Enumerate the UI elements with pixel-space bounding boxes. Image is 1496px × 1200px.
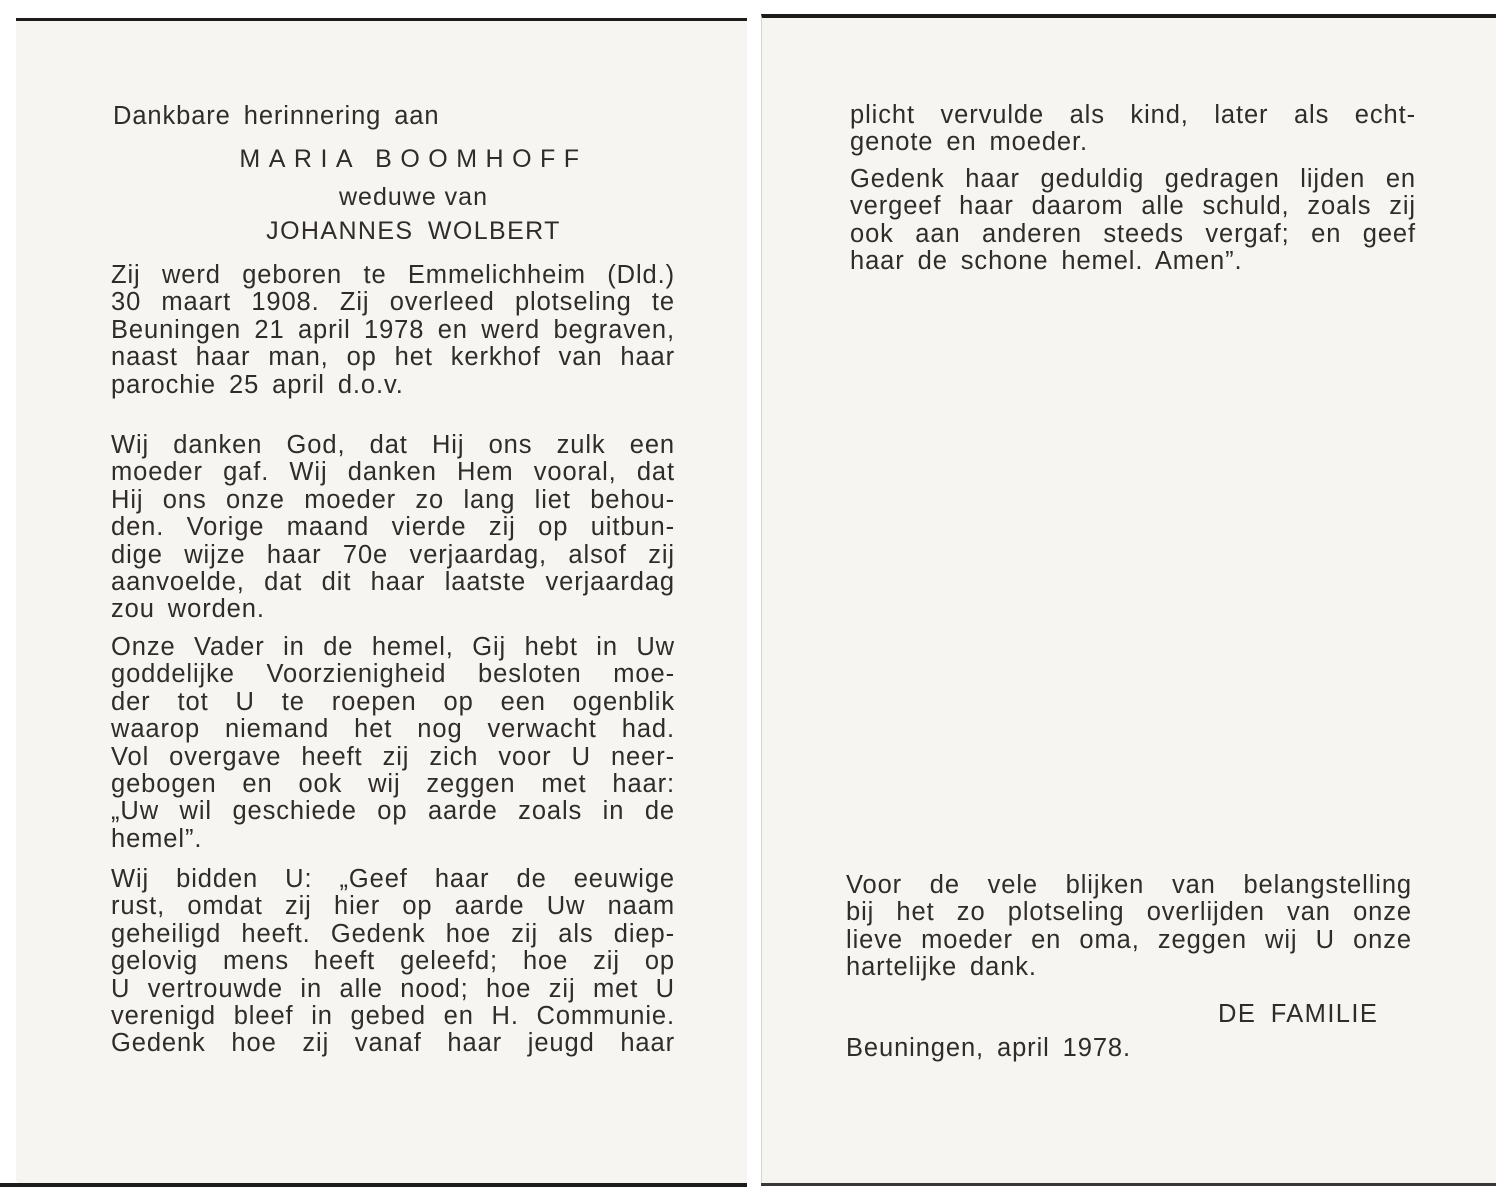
text-line: der tot U te roepen op een ogenblik — [111, 689, 675, 716]
text-line: Beuningen 21 april 1978 en werd begraven… — [111, 317, 675, 344]
text-line: aanvoelde, dat dit haar laatste verjaard… — [111, 569, 675, 596]
text-line: goddelijke Voorzienigheid besloten moe- — [111, 661, 675, 688]
text-line: lieve moeder en oma, zeggen wij U onze — [846, 927, 1412, 954]
paragraph-remember: Gedenk haar geduldig gedragen lijden env… — [850, 166, 1416, 276]
paragraph-our-father: Onze Vader in de hemel, Gij hebt in Uwgo… — [111, 634, 675, 853]
text-line: Voor de vele blijken van belangstelling — [846, 872, 1412, 899]
place-and-date: Beuningen, april 1978. — [846, 1034, 1131, 1063]
text-line: Gedenk haar geduldig gedragen lijden en — [850, 166, 1416, 193]
paragraph-birth-death: Zij werd geboren te Emmelichheim (Dld.)3… — [111, 262, 675, 399]
text-line: plicht vervulde als kind, later als echt… — [850, 102, 1416, 129]
paragraph-prayer: Wij bidden U: „Geef haar de eeuwigerust,… — [111, 866, 675, 1058]
text-line: dige wijze haar 70e verjaardag, alsof zi… — [111, 542, 675, 569]
text-line: verenigd bleef in gebed en H. Communie. — [111, 1003, 675, 1030]
text-line: Hij ons onze moeder zo lang liet behou- — [111, 487, 675, 514]
text-line: parochie 25 april d.o.v. — [111, 372, 675, 399]
text-line: waarop niemand het nog verwacht had. — [111, 716, 675, 743]
card-intro-line: Dankbare herinnering aan — [113, 103, 439, 130]
text-line: haar de schone hemel. Amen”. — [850, 248, 1416, 275]
text-line: moeder gaf. Wij danken Hem vooral, dat — [111, 459, 675, 486]
paragraph-prayer-continued: plicht vervulde als kind, later als echt… — [850, 102, 1416, 157]
widow-of-line: weduwe van — [16, 183, 747, 212]
card-edge-shadow — [0, 1183, 747, 1187]
text-line: 30 maart 1908. Zij overleed plotseling t… — [111, 289, 675, 316]
text-line: genote en moeder. — [850, 129, 1416, 156]
paragraph-acknowledgement: Voor de vele blijken van belangstellingb… — [846, 872, 1412, 982]
paragraph-thanks-god: Wij danken God, dat Hij ons zulk eenmoed… — [111, 432, 675, 624]
text-line: Onze Vader in de hemel, Gij hebt in Uw — [111, 634, 675, 661]
text-line: naast haar man, op het kerkhof van haar — [111, 344, 675, 371]
card-edge-shadow — [761, 1183, 1496, 1186]
deceased-name: MARIA BOOMHOFF — [16, 145, 747, 174]
text-line: „Uw wil geschiede op aarde zoals in de — [111, 798, 675, 825]
text-line: Wij bidden U: „Geef haar de eeuwige — [111, 866, 675, 893]
text-line: gelovig mens heeft geleefd; hoe zij op — [111, 948, 675, 975]
text-line: Gedenk hoe zij vanaf haar jeugd haar — [111, 1030, 675, 1057]
text-line: rust, omdat zij hier op aarde Uw naam — [111, 893, 675, 920]
text-line: gebogen en ook wij zeggen met haar: — [111, 771, 675, 798]
text-line: U vertrouwde in alle nood; hoe zij met U — [111, 976, 675, 1003]
text-line: ook aan anderen steeds vergaf; en geef — [850, 221, 1416, 248]
text-line: zou worden. — [111, 596, 675, 623]
text-line: den. Vorige maand vierde zij op uitbun- — [111, 514, 675, 541]
text-line: geheiligd heeft. Gedenk hoe zij als diep… — [111, 921, 675, 948]
husband-name: JOHANNES WOLBERT — [16, 217, 747, 246]
text-line: bij het zo plotseling overlijden van onz… — [846, 899, 1412, 926]
text-line: Vol overgave heeft zij zich voor U neer- — [111, 744, 675, 771]
text-line: Zij werd geboren te Emmelichheim (Dld.) — [111, 262, 675, 289]
text-line: vergeef haar daarom alle schuld, zoals z… — [850, 193, 1416, 220]
text-line: Wij danken God, dat Hij ons zulk een — [111, 432, 675, 459]
family-signature: DE FAMILIE — [1218, 1000, 1378, 1029]
text-line: hemel”. — [111, 826, 675, 853]
text-line: hartelijke dank. — [846, 954, 1412, 981]
